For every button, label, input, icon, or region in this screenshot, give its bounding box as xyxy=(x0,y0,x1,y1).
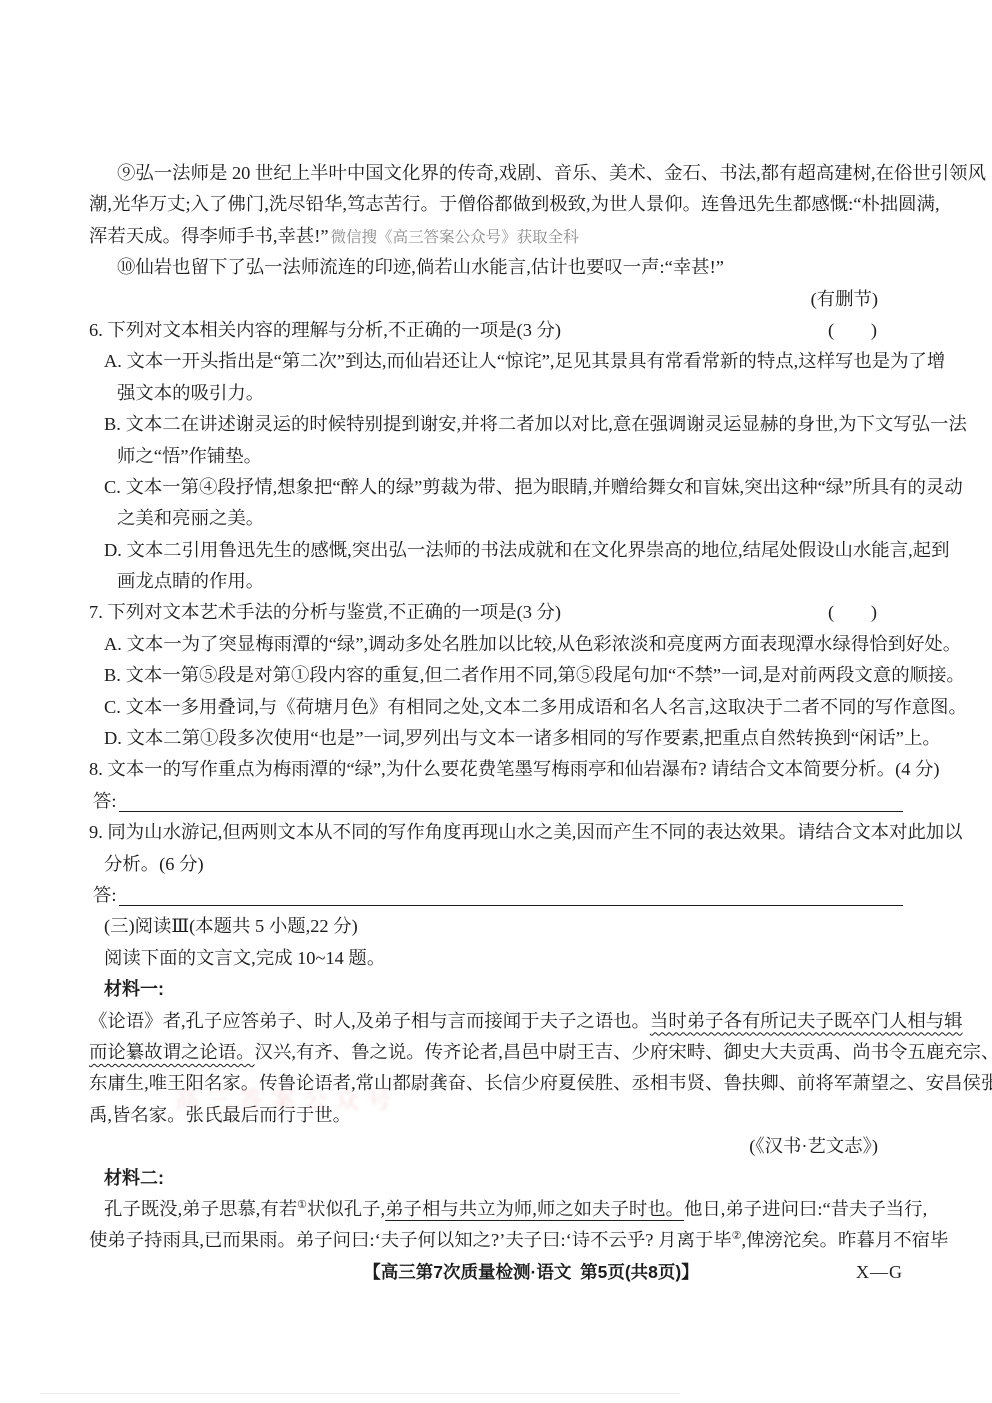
paragraph-9-line-1: ⑨弘一法师是 20 世纪上半叶中国文化界的传奇,戏剧、音乐、美术、金石、书法,都… xyxy=(89,158,903,189)
text-segment: 之美和亮丽之美。 xyxy=(117,503,264,534)
question-7-stem: 7. 下列对文本艺术手法的分析与鉴赏,不正确的一项是(3 分)( ) xyxy=(89,597,903,628)
text-segment: C. 文本一第④段抒情,想象把“醉人的绿”剪裁为带、挹为眼睛,并赠给舞女和盲妹,… xyxy=(104,472,963,503)
answer-blank-line xyxy=(117,786,903,817)
text-segment: 答: xyxy=(93,786,117,817)
question-6-option-C-line-1: C. 文本一第④段抒情,想象把“醉人的绿”剪裁为带、挹为眼睛,并赠给舞女和盲妹,… xyxy=(89,472,903,503)
material-2-line-2: 使弟子持雨具,已而果雨。弟子问曰:‘夫子何以知之?’夫子曰:‘诗不云乎? 月离于… xyxy=(89,1225,903,1256)
text-segment: D. 文本二引用鲁迅先生的感慨,突出弘一法师的书法成就和在文化界崇高的地位,结尾… xyxy=(104,535,949,566)
text-segment: 东庸生,唯王阳名家。传鲁论语者,常山都尉龚奋、长信少府夏侯胜、丞相韦贤、鲁扶卿、… xyxy=(89,1068,992,1099)
question-9-stem-line-2: 分析。(6 分) xyxy=(89,849,903,880)
question-6-option-B-line-2: 师之“悟”作铺垫。 xyxy=(89,441,903,472)
text-segment: (《汉书·艺文志》) xyxy=(749,1131,878,1162)
question-7-option-C: C. 文本一多用叠词,与《荷塘月色》有相同之处,文本二多用成语和名人名言,这取决… xyxy=(89,692,903,723)
question-8-answer-line: 答: xyxy=(89,786,903,817)
text-segment: 阅读下面的文言文,完成 10~14 题。 xyxy=(104,943,385,974)
page-bottom-edge xyxy=(40,1393,680,1394)
footer-title: 【高三第7次质量检测·语文 第5页(共8页)】 xyxy=(363,1257,698,1288)
material-1-line-3: 东庸生,唯王阳名家。传鲁论语者,常山都尉龚奋、长信少府夏侯胜、丞相韦贤、鲁扶卿、… xyxy=(89,1068,903,1099)
material-1-line-2: 而论纂故谓之论语。汉兴,有齐、鲁之说。传齐论者,昌邑中尉王吉、少府宋畤、御史大夫… xyxy=(89,1037,903,1068)
question-6-option-D-line-1: D. 文本二引用鲁迅先生的感慨,突出弘一法师的书法成就和在文化界崇高的地位,结尾… xyxy=(89,535,903,566)
text-segment: A. 文本一为了突显梅雨潭的“绿”,调动多处名胜加以比较,从色彩浓淡和亮度两方面… xyxy=(104,629,961,660)
material-2-label: 材料二: xyxy=(89,1163,903,1194)
text-segment: B. 文本二在讲述谢灵运的时候特别提到谢安,并将二者加以对比,意在强调谢灵运显赫… xyxy=(104,409,967,440)
question-7-option-D: D. 文本二第①段多次使用“也是”一词,罗列出与文本一诸多相同的写作要素,把重点… xyxy=(89,723,903,754)
footnote-marker-1: ① xyxy=(297,1190,307,1221)
page-footer: 【高三第7次质量检测·语文 第5页(共8页)】X—G xyxy=(89,1257,903,1288)
text-segment: 浑若天成。得李师手书,幸甚!” xyxy=(89,221,329,252)
question-6-option-D-line-2: 画龙点睛的作用。 xyxy=(89,566,903,597)
wavy-underlined-passage: 当时弟子各有所记夫子既卒门人相与辑 xyxy=(650,1006,963,1037)
text-segment: 强文本的吸引力。 xyxy=(117,378,264,409)
question-9-answer-line: 答: xyxy=(89,880,903,911)
page-code: X—G xyxy=(856,1257,903,1288)
text-segment: 分析。(6 分) xyxy=(104,849,204,880)
material-1-source: (《汉书·艺文志》) xyxy=(89,1131,903,1162)
question-6-option-A-line-1: A. 文本一开头指出是“第二次”到达,而仙岩还让人“惊诧”,足见其景具有常看常新… xyxy=(89,346,903,377)
question-6-option-B-line-1: B. 文本二在讲述谢灵运的时候特别提到谢安,并将二者加以对比,意在强调谢灵运显赫… xyxy=(89,409,903,440)
text-segment: ,俾滂沱矣。昨暮月不宿毕 xyxy=(742,1225,949,1256)
text-segment: 师之“悟”作铺垫。 xyxy=(117,441,262,472)
text-segment: 8. 文本一的写作重点为梅雨潭的“绿”,为什么要花费笔墨写梅雨亭和仙岩瀑布? 请… xyxy=(89,754,940,785)
material-1-line-4: 禹,皆名家。张氏最后而行于世。 xyxy=(89,1100,903,1131)
text-segment: 禹,皆名家。张氏最后而行于世。 xyxy=(89,1100,351,1131)
question-6-option-C-line-2: 之美和亮丽之美。 xyxy=(89,503,903,534)
text-segment: 汉兴,有齐、鲁之说。传齐论者,昌邑中尉王吉、少府宋畤、御史大夫贡禹、尚书令五鹿充… xyxy=(255,1037,992,1068)
text-segment: 孔子既没,弟子思慕,有若 xyxy=(104,1194,297,1225)
text-segment: ⑨弘一法师是 20 世纪上半叶中国文化界的传奇,戏剧、音乐、美术、金石、书法,都… xyxy=(117,158,986,189)
text-segment: 《论语》者,孔子应答弟子、时人,及弟子相与言而接闻于夫子之语也。 xyxy=(89,1006,650,1037)
text-segment: D. 文本二第①段多次使用“也是”一词,罗列出与文本一诸多相同的写作要素,把重点… xyxy=(104,723,941,754)
answer-bracket: ( ) xyxy=(828,315,877,346)
text-segment: 潮,光华万丈;入了佛门,洗尽铅华,笃志苦行。于僧俗都做到极致,为世人景仰。连鲁迅… xyxy=(89,189,940,220)
underlined-passage: 弟子相与共立为师,师之如夫子时也。 xyxy=(385,1194,684,1225)
text-segment: 6. 下列对文本相关内容的理解与分析,不正确的一项是(3 分) xyxy=(89,315,561,346)
text-segment: 他日,弟子进问曰:“昔夫子当行, xyxy=(684,1194,927,1225)
question-8-stem: 8. 文本一的写作重点为梅雨潭的“绿”,为什么要花费笔墨写梅雨亭和仙岩瀑布? 请… xyxy=(89,754,903,785)
text-segment: C. 文本一多用叠词,与《荷塘月色》有相同之处,文本二多用成语和名人名言,这取决… xyxy=(104,692,967,723)
question-6-option-A-line-2: 强文本的吸引力。 xyxy=(89,378,903,409)
paragraph-10: ⑩仙岩也留下了弘一法师流连的印迹,倘若山水能言,估计也要叹一声:“幸甚!” xyxy=(89,252,903,283)
section-3-heading: (三)阅读Ⅲ(本题共 5 小题,22 分) xyxy=(89,911,903,942)
answer-bracket: ( ) xyxy=(828,597,877,628)
footnote-marker-2: ② xyxy=(732,1221,742,1252)
material-1-line-1: 《论语》者,孔子应答弟子、时人,及弟子相与言而接闻于夫子之语也。当时弟子各有所记… xyxy=(89,1006,903,1037)
text-segment: 使弟子持雨具,已而果雨。弟子问曰:‘夫子何以知之?’夫子曰:‘诗不云乎? 月离于… xyxy=(89,1225,732,1256)
text-segment: A. 文本一开头指出是“第二次”到达,而仙岩还让人“惊诧”,足见其景具有常看常新… xyxy=(104,346,945,377)
text-segment: ⑩仙岩也留下了弘一法师流连的印迹,倘若山水能言,估计也要叹一声:“幸甚!” xyxy=(117,252,724,283)
wavy-underlined-passage: 而论纂故谓之论语。 xyxy=(89,1037,255,1068)
text-segment: 状似孔子, xyxy=(307,1194,385,1225)
text-segment: (三)阅读Ⅲ(本题共 5 小题,22 分) xyxy=(104,911,358,942)
material-1-label: 材料一: xyxy=(89,974,903,1005)
text-segment: 材料二: xyxy=(104,1163,164,1194)
ad-note: 微信搜《高三答案公众号》获取全科 xyxy=(329,222,579,253)
text-segment: 材料一: xyxy=(104,974,164,1005)
text-segment: (有删节) xyxy=(811,284,878,315)
text-segment: 7. 下列对文本艺术手法的分析与鉴赏,不正确的一项是(3 分) xyxy=(89,597,561,628)
text-segment: 画龙点睛的作用。 xyxy=(117,566,264,597)
paragraph-9-line-2: 潮,光华万丈;入了佛门,洗尽铅华,笃志苦行。于僧俗都做到极致,为世人景仰。连鲁迅… xyxy=(89,189,903,220)
exam-paper-page: ⑨弘一法师是 20 世纪上半叶中国文化界的传奇,戏剧、音乐、美术、金石、书法,都… xyxy=(0,158,992,1288)
question-7-option-A: A. 文本一为了突显梅雨潭的“绿”,调动多处名胜加以比较,从色彩浓淡和亮度两方面… xyxy=(89,629,903,660)
text-segment: B. 文本一第⑤段是对第①段内容的重复,但二者作用不同,第⑤段尾句加“不禁”一词… xyxy=(104,660,965,691)
material-2-line-1: 孔子既没,弟子思慕,有若①状似孔子,弟子相与共立为师,师之如夫子时也。他日,弟子… xyxy=(89,1194,903,1225)
question-9-stem-line-1: 9. 同为山水游记,但两则文本从不同的写作角度再现山水之美,因而产生不同的表达效… xyxy=(89,817,903,848)
question-6-stem: 6. 下列对文本相关内容的理解与分析,不正确的一项是(3 分)( ) xyxy=(89,315,903,346)
deletion-note: (有删节) xyxy=(89,284,903,315)
text-segment: 9. 同为山水游记,但两则文本从不同的写作角度再现山水之美,因而产生不同的表达效… xyxy=(89,817,963,848)
passage-instruction: 阅读下面的文言文,完成 10~14 题。 xyxy=(89,943,903,974)
question-7-option-B: B. 文本一第⑤段是对第①段内容的重复,但二者作用不同,第⑤段尾句加“不禁”一词… xyxy=(89,660,903,691)
text-segment: 答: xyxy=(93,880,117,911)
answer-blank-line xyxy=(117,880,903,911)
paragraph-9-line-3: 浑若天成。得李师手书,幸甚!”微信搜《高三答案公众号》获取全科 xyxy=(89,221,903,252)
